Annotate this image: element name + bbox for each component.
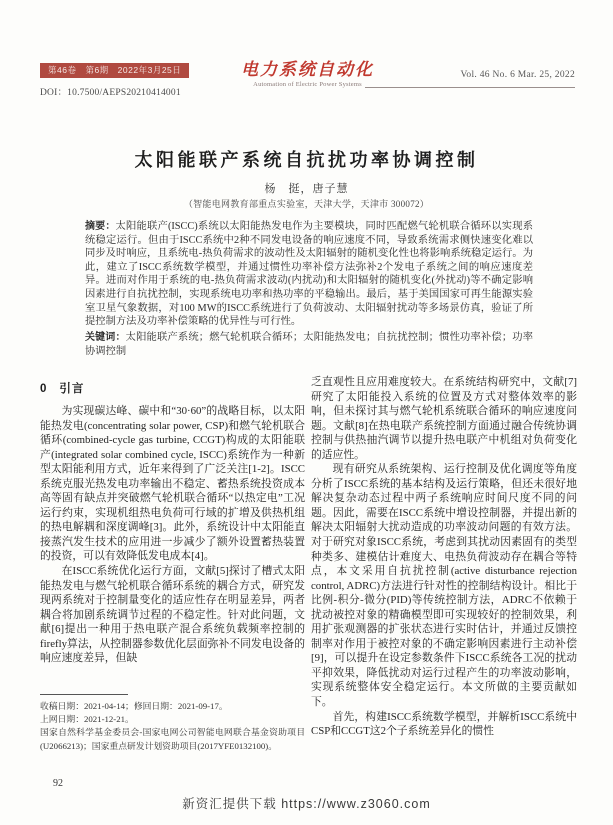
paragraph: 在ISCC系统优化运行方面，文献[5]探讨了槽式太阳能热发电与燃气轮机联合循环系… bbox=[40, 564, 305, 666]
footnote-divider bbox=[40, 694, 128, 695]
keywords-text: 太阳能联产系统；燃气轮机联合循环；太阳能热发电；自抗扰控制；惯性功率补偿；功率协… bbox=[85, 332, 533, 357]
volume-info: Vol. 46 No. 6 Mar. 25, 2022 bbox=[460, 70, 575, 80]
download-watermark: 新资汇提供下载 https://www.z3060.com bbox=[0, 794, 613, 812]
footnote-funding: 国家自然科学基金委员会-国家电网公司智能电网联合基金资助项目(U2066213)… bbox=[40, 726, 305, 752]
page-header: 第46卷 第6期 2022年3月25日 DOI：10.7500/AEPS2021… bbox=[40, 60, 575, 108]
paragraph: 为实现碳达峰、碳中和“30·60”的战略目标，以太阳能热发电(concentra… bbox=[40, 404, 305, 564]
journal-page: 第46卷 第6期 2022年3月25日 DOI：10.7500/AEPS2021… bbox=[0, 0, 613, 825]
section-heading-introduction: 0引言 bbox=[40, 380, 305, 396]
abstract-text: 太阳能联产(ISCC)系统以太阳能热发电作为主要模块，同时匹配燃气轮机联合循环以… bbox=[85, 221, 533, 327]
abstract-paragraph: 摘要：太阳能联产(ISCC)系统以太阳能热发电作为主要模块，同时匹配燃气轮机联合… bbox=[85, 220, 533, 329]
issue-badge: 第46卷 第6期 2022年3月25日 bbox=[40, 63, 189, 78]
keywords-label: 关键词： bbox=[85, 332, 126, 343]
section-title: 引言 bbox=[59, 383, 84, 395]
left-column-text: 为实现碳达峰、碳中和“30·60”的战略目标，以太阳能热发电(concentra… bbox=[40, 404, 305, 694]
article-affiliation: （智能电网教育部重点实验室，天津大学，天津市 300072） bbox=[0, 197, 613, 210]
footnote-online-date: 上网日期：2021-12-21。 bbox=[40, 713, 305, 726]
abstract-label: 摘要： bbox=[85, 221, 116, 232]
footnote-block: 收稿日期：2021-04-14；修回日期：2021-09-17。 上网日期：20… bbox=[40, 694, 305, 753]
left-column: 0引言 为实现碳达峰、碳中和“30·60”的战略目标，以太阳能热发电(conce… bbox=[40, 378, 305, 694]
paragraph: 首先，构建ISCC系统数学模型，并解析ISCC系统中CSP和CCGT这2个子系统… bbox=[311, 710, 577, 739]
doi-text: DOI：10.7500/AEPS20210414001 bbox=[40, 84, 181, 98]
paragraph: 乏直观性且应用难度较大。在系统结构研究中，文献[7]研究了太阳能投入系统的位置及… bbox=[311, 375, 577, 462]
volume-info-rule: Vol. 46 No. 6 Mar. 25, 2022 bbox=[365, 64, 575, 88]
paragraph: 现有研究从系统架构、运行控制及优化调度等角度分析了ISCC系统的基本结构及运行策… bbox=[311, 462, 577, 709]
footnote-received-date: 收稿日期：2021-04-14；修回日期：2021-09-17。 bbox=[40, 700, 305, 713]
article-authors: 杨 挺，唐子慧 bbox=[0, 180, 613, 196]
right-column-text: 乏直观性且应用难度较大。在系统结构研究中，文献[7]研究了太阳能投入系统的位置及… bbox=[311, 375, 577, 739]
right-column: 乏直观性且应用难度较大。在系统结构研究中，文献[7]研究了太阳能投入系统的位置及… bbox=[311, 375, 577, 757]
page-number: 92 bbox=[53, 778, 63, 789]
keywords-paragraph: 关键词：太阳能联产系统；燃气轮机联合循环；太阳能热发电；自抗扰控制；惯性功率补偿… bbox=[85, 331, 533, 358]
article-title: 太阳能联产系统自抗扰功率协调控制 bbox=[0, 146, 613, 172]
section-number: 0 bbox=[40, 383, 47, 395]
